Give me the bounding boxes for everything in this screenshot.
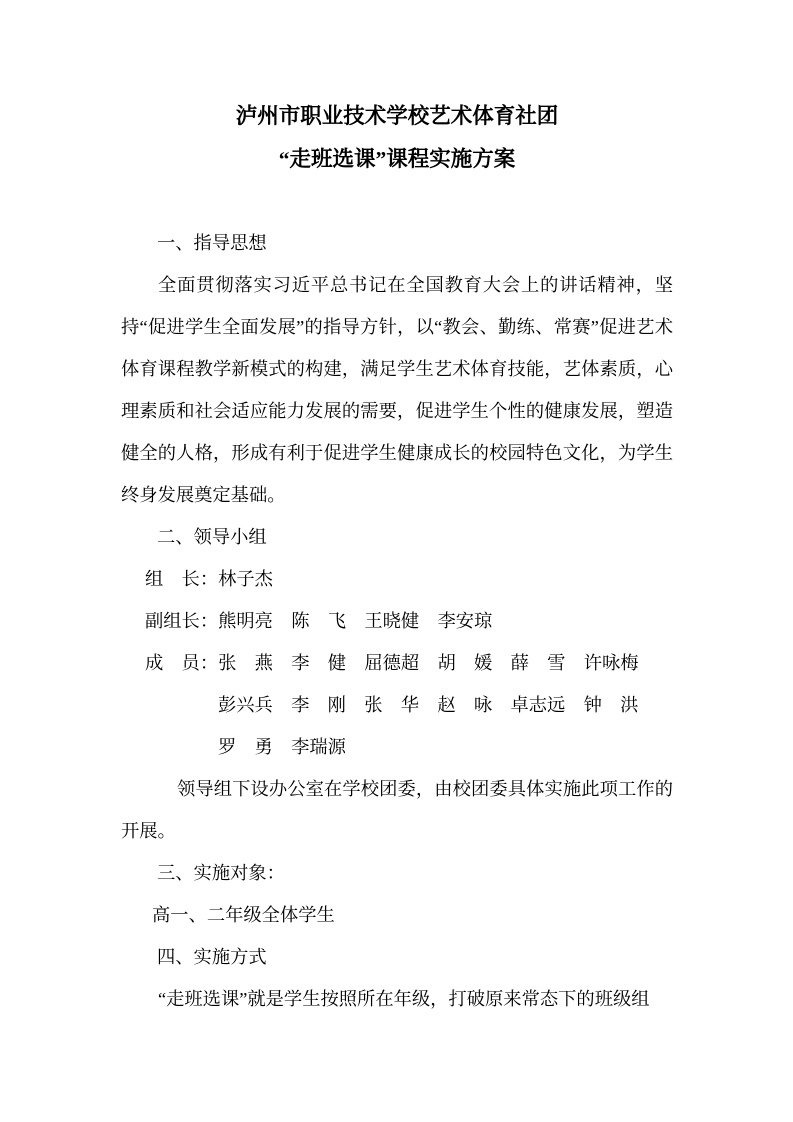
section-3-body: 高一、二年级全体学生 — [121, 894, 673, 936]
section-4-heading: 四、实施方式 — [121, 936, 673, 978]
document-title-line-1: 泸州市职业技术学校艺术体育社团 — [121, 95, 673, 138]
deputy-leader-names: 熊明亮 陈 飞 王晓健 李安琼 — [218, 611, 492, 631]
member-line-2: 彭兴兵 李 刚 张 华 赵 咏 卓志远 钟 洪 — [218, 684, 673, 726]
leader-name: 林子杰 — [218, 569, 273, 589]
deputy-leader-line: 副组长：熊明亮 陈 飞 王晓健 李安琼 — [145, 600, 673, 642]
member-line-3: 罗 勇 李瑞源 — [218, 726, 673, 768]
leader-line: 组 长：林子杰 — [145, 558, 673, 600]
member-line-1: 成 员：张 燕 李 健 屈德超 胡 媛 薛 雪 许咏梅 — [145, 642, 673, 684]
deputy-leader-label: 副组长： — [145, 611, 218, 631]
document-title-line-2: “走班选课”课程实施方案 — [121, 138, 673, 181]
section-1-paragraph: 全面贯彻落实习近平总书记在全国教育大会上的讲话精神，坚持“促进学生全面发展”的指… — [121, 264, 673, 516]
document-page: 泸州市职业技术学校艺术体育社团 “走班选课”课程实施方案 一、指导思想 全面贯彻… — [0, 0, 793, 1122]
document-content: 泸州市职业技术学校艺术体育社团 “走班选课”课程实施方案 一、指导思想 全面贯彻… — [121, 95, 673, 1020]
title-body-spacer — [121, 181, 673, 222]
leader-label: 组 长： — [145, 569, 218, 589]
section-2-heading: 二、领导小组 — [121, 516, 673, 558]
section-1-heading: 一、指导思想 — [121, 222, 673, 264]
office-note-paragraph: 领导组下设办公室在学校团委，由校团委具体实施此项工作的开展。 — [121, 768, 673, 852]
member-label: 成 员： — [145, 653, 218, 673]
section-4-paragraph: “走班选课”就是学生按照所在年级，打破原来常态下的班级组 — [121, 978, 673, 1020]
member-names-row-1: 张 燕 李 健 屈德超 胡 媛 薛 雪 许咏梅 — [218, 653, 638, 673]
section-3-heading: 三、实施对象： — [121, 852, 673, 894]
